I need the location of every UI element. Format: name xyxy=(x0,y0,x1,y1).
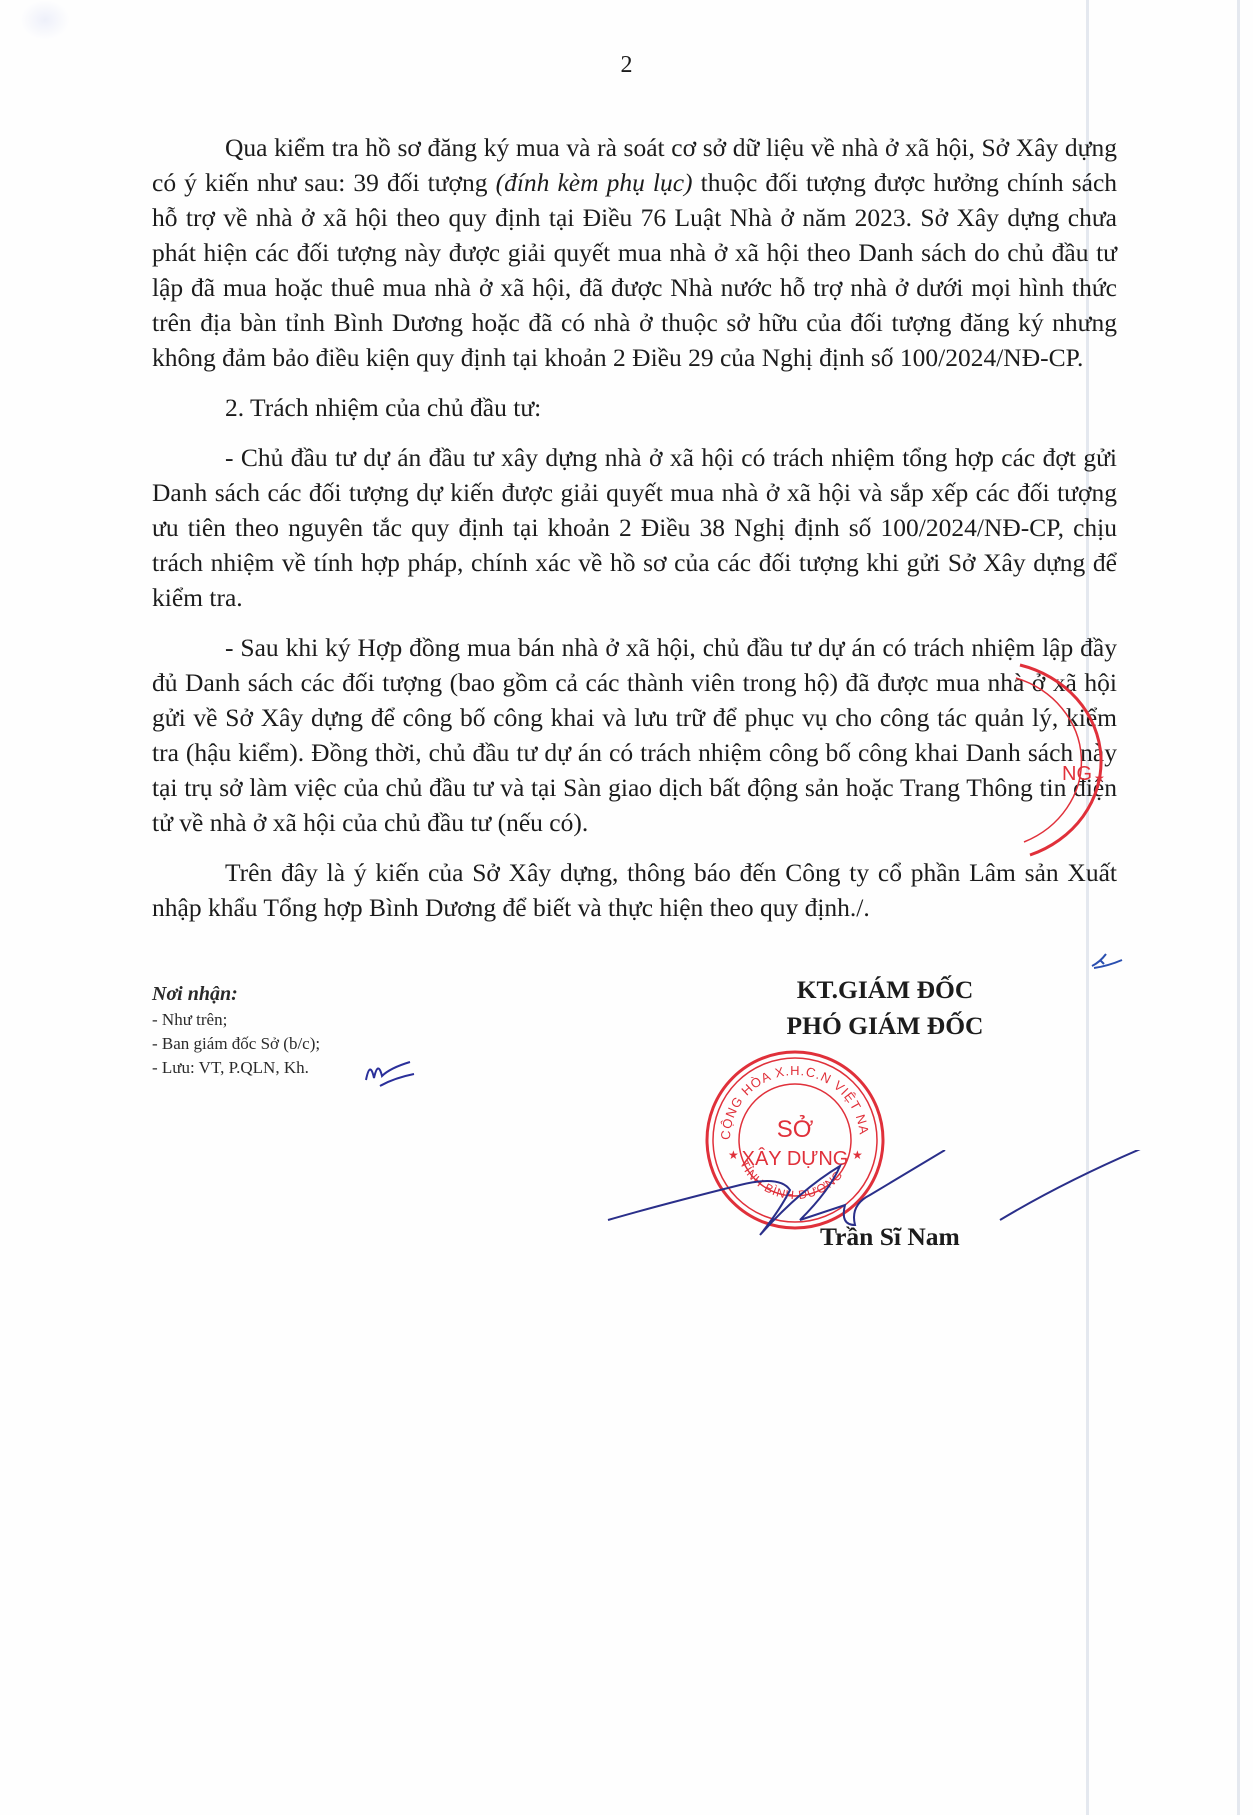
svg-text:★: ★ xyxy=(728,1148,739,1162)
svg-text:NG: NG xyxy=(1062,763,1092,785)
recipients-title: Nơi nhận: xyxy=(152,980,320,1008)
attachment-note: (đính kèm phụ lục) xyxy=(496,168,693,197)
svg-text:XÂY DỰNG: XÂY DỰNG xyxy=(742,1147,849,1170)
svg-text:★: ★ xyxy=(852,1148,863,1162)
official-stamp: CỘNG HÒA X.H.C.N VIỆT NAM TỈNH BÌNH DƯƠN… xyxy=(700,1045,890,1235)
initial-mark xyxy=(360,1050,420,1095)
handwritten-signature xyxy=(600,1150,1250,1270)
scan-smudge xyxy=(20,0,70,40)
scan-artifact-line xyxy=(1237,0,1240,1815)
paragraph-closing: Trên đây là ý kiến của Sở Xây dựng, thôn… xyxy=(152,855,1117,925)
recipient-item: - Như trên; xyxy=(152,1008,320,1032)
signature-title-line1: KT.GIÁM ĐỐC xyxy=(705,972,1065,1008)
signature-title-line2: PHÓ GIÁM ĐỐC xyxy=(705,1008,1065,1044)
initial-mark xyxy=(1088,946,1128,972)
signature-title-block: KT.GIÁM ĐỐC PHÓ GIÁM ĐỐC xyxy=(705,972,1065,1044)
svg-text:SỞ: SỞ xyxy=(777,1114,814,1143)
joint-seal-stamp: NG ★ xyxy=(1010,660,1120,860)
paragraph-investor-duty-2: - Sau khi ký Hợp đồng mua bán nhà ở xã h… xyxy=(152,630,1117,840)
letter-body: Qua kiểm tra hồ sơ đăng ký mua và rà soá… xyxy=(152,130,1117,925)
signer-name: Trần Sĩ Nam xyxy=(820,1222,960,1252)
paragraph-verification-result: Qua kiểm tra hồ sơ đăng ký mua và rà soá… xyxy=(152,130,1117,375)
paragraph-investor-duty-1: - Chủ đầu tư dự án đầu tư xây dựng nhà ở… xyxy=(152,440,1117,615)
recipients-block: Nơi nhận: - Như trên; - Ban giám đốc Sở … xyxy=(152,980,320,1080)
recipient-item: - Lưu: VT, P.QLN, Kh. xyxy=(152,1056,320,1080)
svg-text:★: ★ xyxy=(1094,771,1105,785)
section-heading-investor-responsibility: 2. Trách nhiệm của chủ đầu tư: xyxy=(152,390,1117,425)
recipient-item: - Ban giám đốc Sở (b/c); xyxy=(152,1032,320,1056)
page-number: 2 xyxy=(0,52,1253,79)
document-page: 2 Qua kiểm tra hồ sơ đăng ký mua và rà s… xyxy=(0,0,1253,1815)
